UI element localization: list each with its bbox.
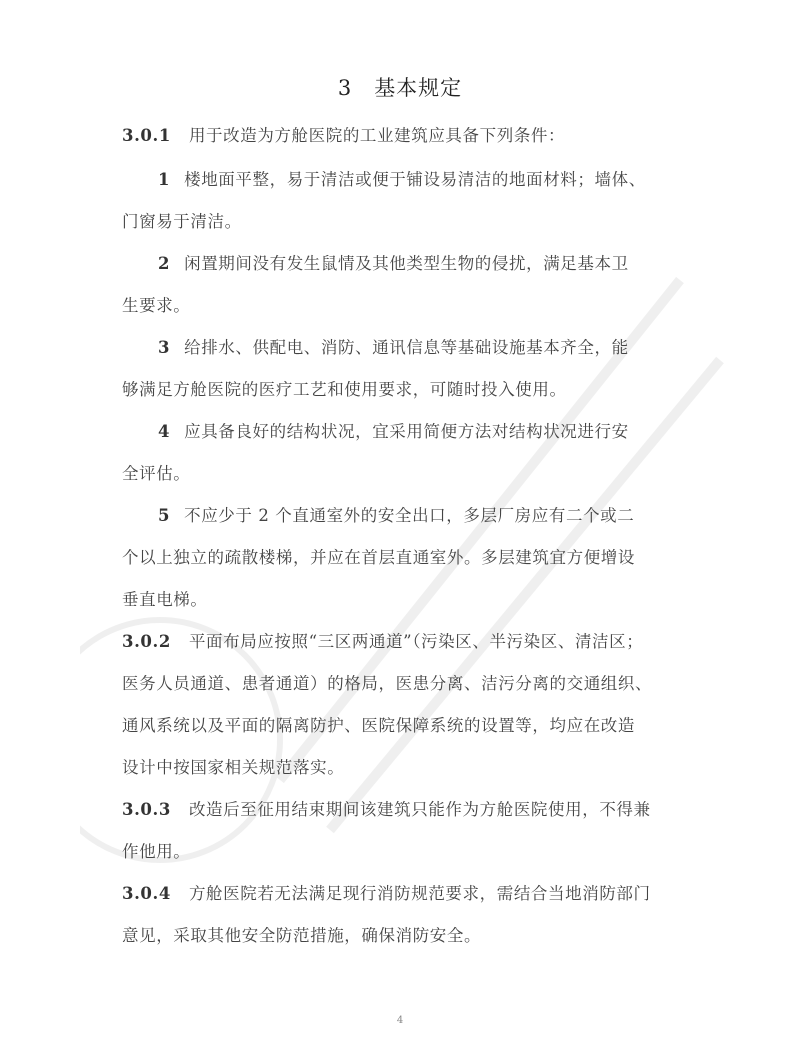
chapter-title-text: 基本规定 <box>374 76 462 100</box>
list-item-1-cont: 门窗易于清洁。 <box>122 208 682 232</box>
clause-3-0-2-cont-3: 设计中按国家相关规范落实。 <box>122 754 682 778</box>
list-item-4: 4应具备良好的结构状况，宜采用简便方法对结构状况进行安 <box>158 418 718 442</box>
clause-3-0-1: 3.0.1用于改造为方舱医院的工业建筑应具备下列条件： <box>122 122 682 146</box>
clause-3-0-4-cont: 意见，采取其他安全防范措施，确保消防安全。 <box>122 922 682 946</box>
clause-3-0-2-cont-2: 通风系统以及平面的隔离防护、医院保障系统的设置等，均应在改造 <box>122 712 682 736</box>
clause-label: 3.0.4 <box>122 884 171 903</box>
clause-3-0-3: 3.0.3改造后至征用结束期间该建筑只能作为方舱医院使用，不得兼 <box>122 796 682 820</box>
clause-3-0-2-cont-1: 医务人员通道、患者通道）的格局，医患分离、洁污分离的交通组织、 <box>122 670 682 694</box>
list-item-2: 2闲置期间没有发生鼠情及其他类型生物的侵扰，满足基本卫 <box>158 250 718 274</box>
clause-text: 用于改造为方舱医院的工业建筑应具备下列条件： <box>189 126 565 145</box>
clause-3-0-2: 3.0.2平面布局应按照“三区两通道”（污染区、半污染区、清洁区； <box>122 628 682 652</box>
list-item-3: 3给排水、供配电、消防、通讯信息等基础设施基本齐全，能 <box>158 334 718 358</box>
chapter-number: 3 <box>338 76 352 100</box>
list-item-5-cont-1: 个以上独立的疏散楼梯，并应在首层直通室外。多层建筑宜方便增设 <box>122 544 682 568</box>
list-item-5-cont-2: 垂直电梯。 <box>122 586 682 610</box>
list-item-1: 1楼地面平整，易于清洁或便于铺设易清洁的地面材料；墙体、 <box>158 166 718 190</box>
clause-3-0-4: 3.0.4方舱医院若无法满足现行消防规范要求，需结合当地消防部门 <box>122 880 682 904</box>
clause-label: 3.0.3 <box>122 800 171 819</box>
clause-3-0-3-cont: 作他用。 <box>122 838 682 862</box>
list-item-5: 5不应少于 2 个直通室外的安全出口，多层厂房应有二个或二 <box>158 502 718 526</box>
document-page: 3基本规定 3.0.1用于改造为方舱医院的工业建筑应具备下列条件： 1楼地面平整… <box>0 0 800 1046</box>
chapter-title: 3基本规定 <box>0 72 800 102</box>
list-item-2-cont: 生要求。 <box>122 292 682 316</box>
list-item-3-cont: 够满足方舱医院的医疗工艺和使用要求，可随时投入使用。 <box>122 376 682 400</box>
list-item-4-cont: 全评估。 <box>122 460 682 484</box>
page-number: 4 <box>0 1015 800 1026</box>
clause-label: 3.0.1 <box>122 126 171 145</box>
clause-label: 3.0.2 <box>122 632 171 651</box>
